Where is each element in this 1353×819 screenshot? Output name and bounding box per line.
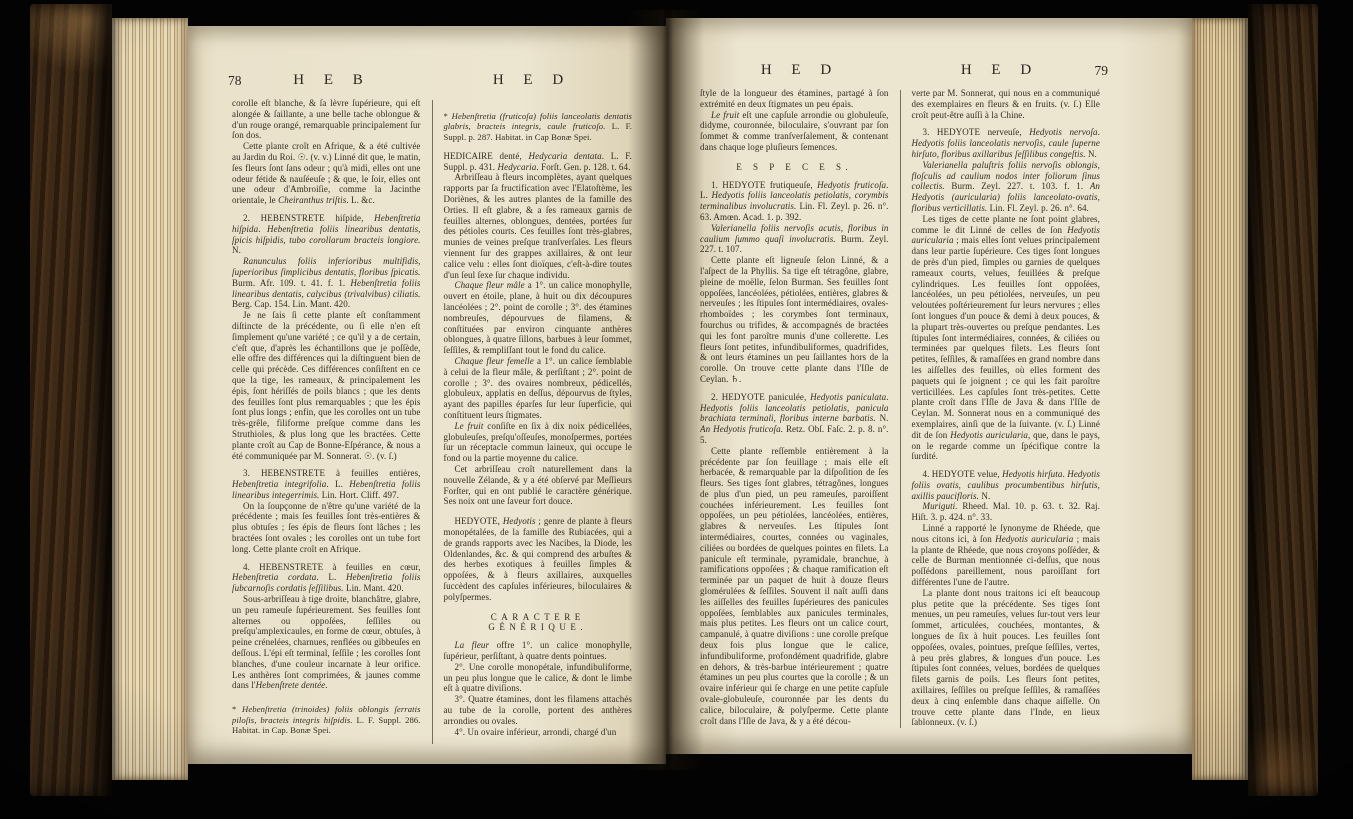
running-head: H E D [432,72,632,89]
left-page-header: 78 H E B H E D [232,72,632,98]
paragraph: La plante dont nous traitons ici eſt bea… [911,588,1100,728]
paragraph: * Hebenſtretia (fruticoſa) foliis lanceo… [443,111,632,142]
book-cover-left [30,4,112,796]
paragraph: On la ſoupçonne de n'être qu'une variété… [232,501,421,555]
text-column: ſtyle de la longueur des étamines, parta… [700,88,889,734]
paragraph: CARACTERE GÉNÉRIQUE. [443,612,632,634]
paragraph: 3. HEBENSTRETE à feuilles entières, Hebe… [232,468,421,500]
running-head: H E D [700,62,900,79]
paragraph: Chaque fleur femelle a 1°. un calice ſem… [443,356,632,421]
right-page: 79 H E D H E D ſtyle de la longueur des … [666,18,1192,754]
page-edges-left [112,18,188,780]
paragraph: 4. HEBENSTRETE à feuilles en cœur, Heben… [232,562,421,594]
paragraph: Valerianella foliis nervoſis acutis, flo… [700,223,889,255]
paragraph: Cette plante reſſemble entièrement à la … [700,446,889,727]
page-number: 78 [228,73,242,89]
paragraph: Les tiges de cette plante ne ſont point … [911,214,1100,462]
paragraph: * Hebenſtretia (trinoides) foliis oblong… [232,704,421,735]
paragraph: 2°. Une corolle monopétale, infundibulif… [443,662,632,694]
paragraph: Ranunculus foliis inferioribus multifidi… [232,256,421,310]
paragraph: Linné a rapporté le ſynonyme de Rhéede, … [911,523,1100,588]
paragraph: corolle eſt blanche, & ſa lèvre ſupérieu… [232,98,421,141]
paragraph: Cet arbriſſeau croît naturellement dans … [443,464,632,507]
paragraph: 1. HEDYOTE frutiqueuſe, Hedyotis frutico… [700,180,889,223]
paragraph: 3°. Quatre étamines, dont les filamens a… [443,694,632,726]
running-head: H E D [900,62,1100,79]
paragraph: Muriguti. Rheed. Mal. 10. p. 63. t. 32. … [911,501,1100,523]
text-column: * Hebenſtretia (fruticoſa) foliis lanceo… [443,98,632,750]
paragraph: Je ne ſais ſi cette plante eſt conſtamme… [232,310,421,461]
paragraph: Sous-arbriſſeau à tige droite, blanchâtr… [232,594,421,691]
paragraph: Chaque fleur mâle a 1°. un calice monoph… [443,280,632,356]
paragraph: La fleur offre 1°. un calice monophylle,… [443,640,632,662]
column-divider [900,90,901,728]
page-edges-right [1192,18,1248,780]
paragraph: 4°. Un ovaire inférieur, arrondi, chargé… [443,727,632,738]
book-cover-right [1248,4,1318,796]
running-head: H E B [232,72,432,89]
left-page: 78 H E B H E D corolle eſt blanche, & ſa… [188,26,666,764]
paragraph: Arbriſſeau à fleurs incomplètes, ayant q… [443,172,632,280]
paragraph: 3. HEDYOTE nerveuſe, Hedyotis nervoſa. H… [911,127,1100,159]
paragraph: ſtyle de la longueur des étamines, parta… [700,88,889,110]
paragraph: 4. HEDYOTE velue, Hedyotis hirſuta. Hedy… [911,469,1100,501]
paragraph: verte par M. Sonnerat, qui nous en a com… [911,88,1100,120]
right-page-header: 79 H E D H E D [700,62,1100,88]
paragraph: 2. HEBENSTRETE hiſpide, Hebenſtretia hiſ… [232,213,421,256]
paragraph: E S P E C E S. [700,162,889,173]
paragraph: Cette plante eſt ligneuſe ſelon Linné, &… [700,255,889,385]
paragraph: HEDYOTE, Hedyotis ; genre de plante à fl… [443,516,632,602]
text-column: verte par M. Sonnerat, qui nous en a com… [911,88,1100,734]
paragraph: Le fruit eſt une capſule arrondie ou glo… [700,110,889,153]
page-number: 79 [1095,63,1109,79]
paragraph: Valerianella paluſtris foliis nervoſis o… [911,160,1100,214]
paragraph: HEDICAIRE denté, Hedycaria dentata. L. F… [443,151,632,173]
text-column: corolle eſt blanche, & ſa lèvre ſupérieu… [232,98,421,750]
column-divider [432,100,433,744]
book-photo: { "photo": { "background_color": "#03030… [0,0,1353,819]
paragraph: 2. HEDYOTE paniculée, Hedyotis paniculat… [700,392,889,446]
paragraph: Le fruit conſiſte en ſix à dix noix pédi… [443,421,632,464]
paragraph: Cette plante croît en Afrique, & a été c… [232,141,421,206]
